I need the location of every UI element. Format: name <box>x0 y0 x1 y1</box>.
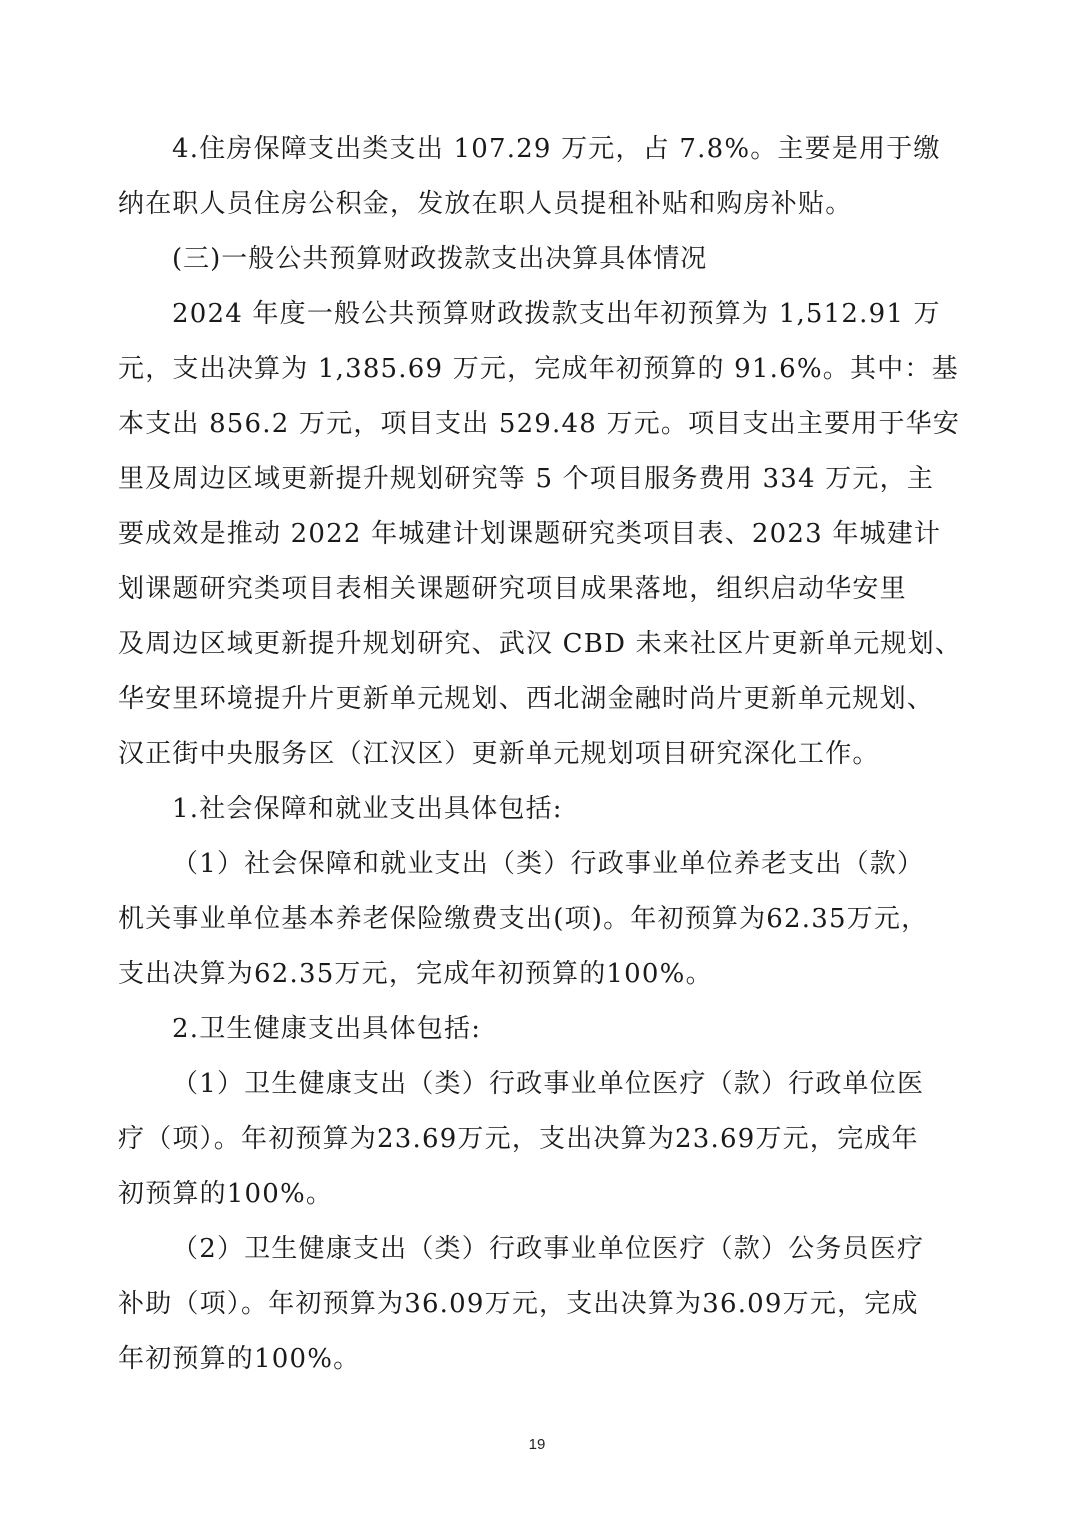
paragraph-budget-summary-line-9: 汉正街中央服务区（江汉区）更新单元规划项目研究深化工作。 <box>118 738 958 770</box>
item-health-2-line-2: 补助（项）。年初预算为36.09万元，支出决算为36.09万元，完成 <box>118 1288 958 1320</box>
paragraph-budget-summary-line-2: 元，支出决算为 1,385.69 万元，完成年初预算的 91.6%。其中：基 <box>118 353 958 385</box>
paragraph-budget-summary-line-5: 要成效是推动 2022 年城建计划课题研究类项目表、2023 年城建计 <box>118 518 958 550</box>
section-heading-general-budget-details: (三)一般公共预算财政拨款支出决算具体情况 <box>172 243 958 275</box>
paragraph-budget-summary-line-4: 里及周边区域更新提升规划研究等 5 个项目服务费用 334 万元，主 <box>118 463 958 495</box>
paragraph-budget-summary-line-3: 本支出 856.2 万元，项目支出 529.48 万元。项目支出主要用于华安 <box>118 408 958 440</box>
paragraph-housing-expenditure-line-1: 4.住房保障支出类支出 107.29 万元，占 7.8%。主要是用于缴 <box>172 133 958 165</box>
subheading-social-security: 1.社会保障和就业支出具体包括: <box>172 793 958 825</box>
document-page: 4.住房保障支出类支出 107.29 万元，占 7.8%。主要是用于缴 纳在职人… <box>0 0 1074 1520</box>
item-health-1-line-1: （1）卫生健康支出（类）行政事业单位医疗（款）行政单位医 <box>172 1068 958 1100</box>
paragraph-budget-summary-line-1: 2024 年度一般公共预算财政拨款支出年初预算为 1,512.91 万 <box>172 298 958 330</box>
page-number: 19 <box>0 1436 1074 1453</box>
paragraph-budget-summary-line-8: 华安里环境提升片更新单元规划、西北湖金融时尚片更新单元规划、 <box>118 683 958 715</box>
item-social-security-1-line-3: 支出决算为62.35万元，完成年初预算的100%。 <box>118 958 958 990</box>
item-social-security-1-line-1: （1）社会保障和就业支出（类）行政事业单位养老支出（款） <box>172 848 958 880</box>
subheading-health: 2.卫生健康支出具体包括: <box>172 1013 958 1045</box>
item-health-2-line-1: （2）卫生健康支出（类）行政事业单位医疗（款）公务员医疗 <box>172 1233 958 1265</box>
item-health-2-line-3: 年初预算的100%。 <box>118 1343 958 1375</box>
item-health-1-line-3: 初预算的100%。 <box>118 1178 958 1210</box>
paragraph-budget-summary-line-7: 及周边区域更新提升规划研究、武汉 CBD 未来社区片更新单元规划、 <box>118 628 958 660</box>
paragraph-housing-expenditure-line-2: 纳在职人员住房公积金，发放在职人员提租补贴和购房补贴。 <box>118 188 958 220</box>
item-health-1-line-2: 疗（项）。年初预算为23.69万元，支出决算为23.69万元，完成年 <box>118 1123 958 1155</box>
item-social-security-1-line-2: 机关事业单位基本养老保险缴费支出(项)。年初预算为62.35万元， <box>118 903 958 935</box>
paragraph-budget-summary-line-6: 划课题研究类项目表相关课题研究项目成果落地，组织启动华安里 <box>118 573 958 605</box>
